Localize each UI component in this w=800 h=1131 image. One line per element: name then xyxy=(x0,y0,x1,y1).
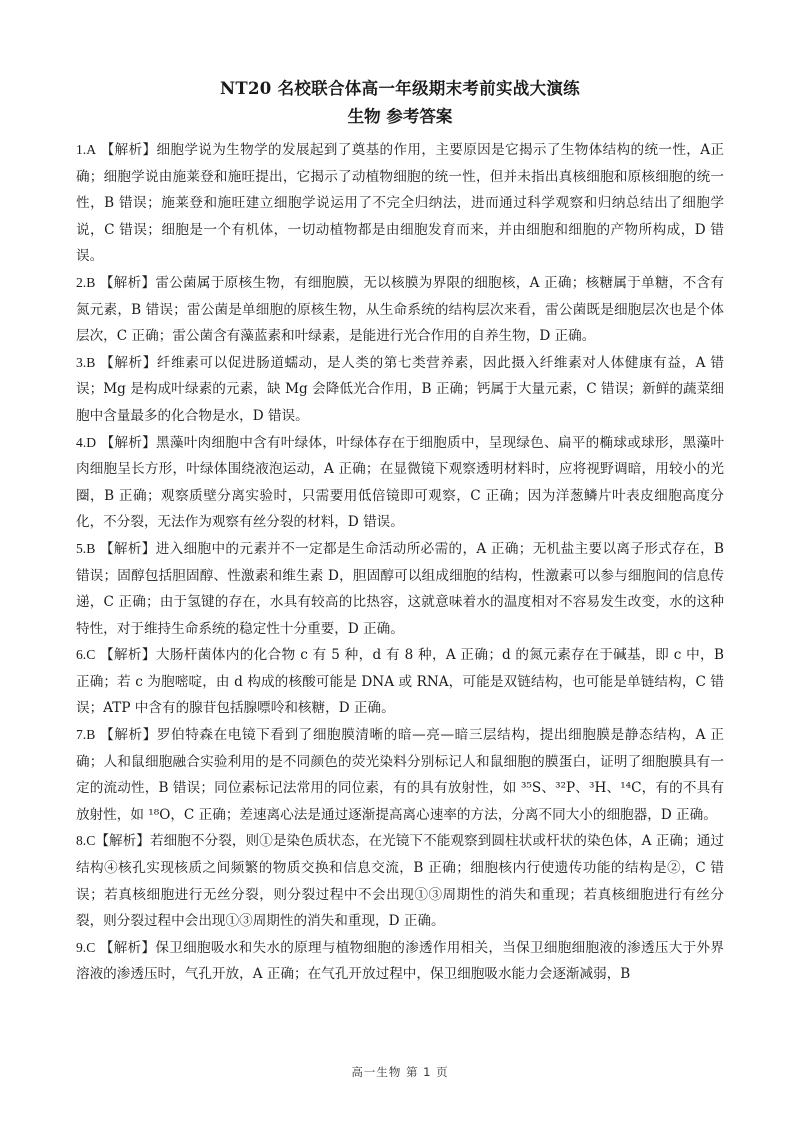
answer-text: 雷公菌属于原核生物，有细胞膜，无以核膜为界限的细胞核，A 正确；核糖属于单糖，不… xyxy=(76,275,724,344)
answer-text: 细胞学说为生物学的发展起到了奠基的作用，主要原因是它揭示了生物体结构的统一性，A… xyxy=(76,142,724,264)
answer-item-3: 3.B 【解析】纤维素可以促进肠道蠕动，是人类的第七类营养素，因此摄入纤维素对人… xyxy=(76,350,724,430)
answer-text: 若细胞不分裂，则①是染色质状态，在光镜下不能观察到圆柱状或杆状的染色体，A 正确… xyxy=(76,833,724,929)
answer-text: 黑藻叶肉细胞中含有叶绿体，叶绿体存在于细胞质中，呈现绿色、扁平的椭球或球形，黑藻… xyxy=(76,435,724,531)
analysis-tag: 【解析】 xyxy=(101,435,156,451)
answer-item-6: 6.C 【解析】大肠杆菌体内的化合物 c 有 5 种，d 有 8 种，A 正确；… xyxy=(76,642,724,722)
analysis-tag: 【解析】 xyxy=(101,142,157,158)
answer-number: 4.D xyxy=(76,435,96,450)
analysis-tag: 【解析】 xyxy=(100,727,157,743)
answer-number: 7.B xyxy=(76,727,95,742)
analysis-tag: 【解析】 xyxy=(100,647,156,663)
analysis-tag: 【解析】 xyxy=(100,940,156,956)
answer-text: 大肠杆菌体内的化合物 c 有 5 种，d 有 8 种，A 正确；d 的氮元素存在… xyxy=(76,647,724,716)
answer-number: 6.C xyxy=(76,647,95,662)
answer-item-8: 8.C【解析】若细胞不分裂，则①是染色质状态，在光镜下不能观察到圆柱状或杆状的染… xyxy=(76,828,724,934)
answer-list: 1.A 【解析】细胞学说为生物学的发展起到了奠基的作用，主要原因是它揭示了生物体… xyxy=(76,137,724,988)
answer-text: 保卫细胞吸水和失水的原理与植物细胞的渗透作用相关，当保卫细胞细胞液的渗透压大于外… xyxy=(76,940,724,983)
answer-number: 9.C xyxy=(76,940,95,955)
page-footer: 高一生物 第 1 页 xyxy=(0,1064,800,1080)
answer-number: 1.A xyxy=(76,142,96,157)
answer-number: 5.B xyxy=(76,541,95,556)
answer-number: 2.B xyxy=(76,275,95,290)
answer-item-7: 7.B 【解析】罗伯特森在电镜下看到了细胞膜清晰的暗—亮—暗三层结构，提出细胞膜… xyxy=(76,722,724,828)
answer-item-9: 9.C 【解析】保卫细胞吸水和失水的原理与植物细胞的渗透作用相关，当保卫细胞细胞… xyxy=(76,935,724,988)
answer-item-5: 5.B 【解析】进入细胞中的元素并不一定都是生命活动所必需的，A 正确；无机盐主… xyxy=(76,536,724,642)
analysis-tag: 【解析】 xyxy=(100,275,155,291)
answer-item-1: 1.A 【解析】细胞学说为生物学的发展起到了奠基的作用，主要原因是它揭示了生物体… xyxy=(76,137,724,270)
answer-item-2: 2.B 【解析】雷公菌属于原核生物，有细胞膜，无以核膜为界限的细胞核，A 正确；… xyxy=(76,270,724,350)
answer-item-4: 4.D 【解析】黑藻叶肉细胞中含有叶绿体，叶绿体存在于细胞质中，呈现绿色、扁平的… xyxy=(76,430,724,536)
answer-text: 进入细胞中的元素并不一定都是生命活动所必需的，A 正确；无机盐主要以离子形式存在… xyxy=(76,541,724,637)
answer-number: 3.B xyxy=(76,355,95,370)
analysis-tag: 【解析】 xyxy=(100,355,157,371)
document-title: NT20 名校联合体高一年级期末考前实战大演练 xyxy=(0,78,800,100)
answer-text: 纤维素可以促进肠道蠕动，是人类的第七类营养素，因此摄入纤维素对人体健康有益，A … xyxy=(76,355,724,424)
answer-text: 罗伯特森在电镜下看到了细胞膜清晰的暗—亮—暗三层结构，提出细胞膜是静态结构，A … xyxy=(76,727,724,823)
document-page: NT20 名校联合体高一年级期末考前实战大演练 生物 参考答案 1.A 【解析】… xyxy=(0,0,800,1131)
analysis-tag: 【解析】 xyxy=(95,833,150,849)
analysis-tag: 【解析】 xyxy=(100,541,156,557)
document-subtitle: 生物 参考答案 xyxy=(0,106,800,128)
answer-number: 8.C xyxy=(76,833,95,848)
